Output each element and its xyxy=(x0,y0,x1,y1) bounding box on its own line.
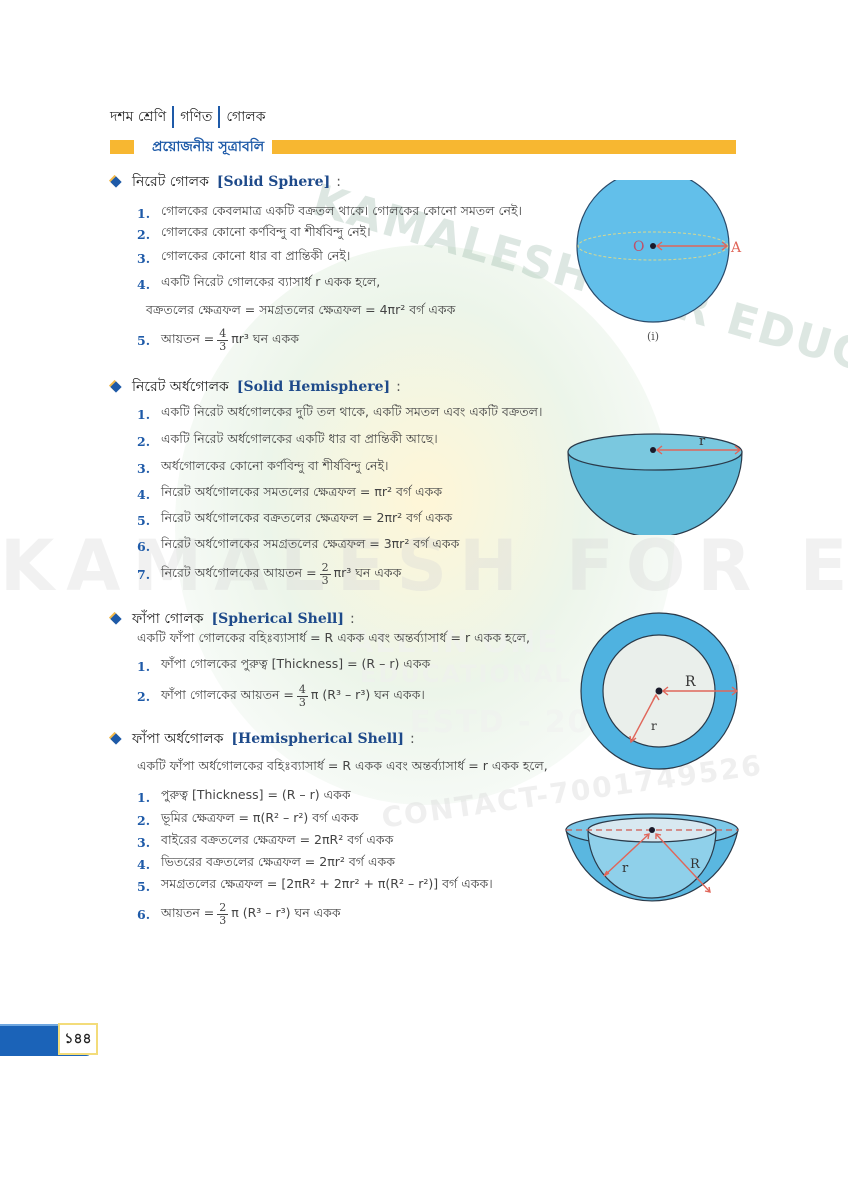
breadcrumb-chapter: গোলক xyxy=(226,105,265,129)
item-continuation: বক্রতলের ক্ষেত্রফল = সমগ্রতলের ক্ষেত্রফল… xyxy=(146,302,455,322)
center-label: O xyxy=(633,239,644,255)
list-item: 5.সমগ্রতলের ক্ষেত্রফল = [2πR² + 2πr² + π… xyxy=(137,876,493,896)
item-text: নিরেট অর্ধগোলকের সমগ্রতলের ক্ষেত্রফল = 3… xyxy=(161,536,459,556)
list-item: 3.অর্ধগোলকের কোনো কর্ণবিন্দু বা শীর্ষবিন… xyxy=(137,458,388,478)
item-number: 3. xyxy=(137,835,153,850)
point-label: A xyxy=(730,240,742,256)
item-text: π (R³ – r³) ঘন একক xyxy=(231,905,340,925)
breadcrumb-class: দশম শ্রেণি xyxy=(110,105,166,129)
outer-radius-label: R xyxy=(685,674,696,690)
heading-en: [Solid Hemisphere] xyxy=(237,379,390,395)
heading-solid-sphere: নিরেট গোলক [Solid Sphere] : xyxy=(112,170,341,194)
item-text: একটি নিরেট অর্ধগোলকের দুটি তল থাকে, একটি… xyxy=(161,404,542,424)
item-number: 2. xyxy=(137,689,153,704)
breadcrumb-separator xyxy=(172,106,174,128)
heading-spherical-shell: ফাঁপা গোলক [Spherical Shell] : xyxy=(112,607,355,631)
item-text: নিরেট অর্ধগোলকের সমতলের ক্ষেত্রফল = πr² … xyxy=(161,484,442,504)
list-item: 1.ফাঁপা গোলকের পুরুত্ব [Thickness] = (R … xyxy=(137,656,430,676)
list-item: 7. নিরেট অর্ধগোলকের আয়তন = 23 πr³ ঘন এক… xyxy=(137,562,401,587)
list-item: 2.একটি নিরেট অর্ধগোলকের একটি ধার বা প্রা… xyxy=(137,431,438,451)
textbook-page: KAMALESH FOR EDUCATION KAMALESH FOR EDUC… xyxy=(0,0,848,1200)
list-item: 1.পুরুত্ব [Thickness] = (R – r) একক xyxy=(137,787,351,807)
item-number: 1. xyxy=(137,790,153,805)
list-item: 1.গোলকের কেবলমাত্র একটি বক্রতল থাকে। গোল… xyxy=(137,203,522,223)
list-item: 4.নিরেট অর্ধগোলকের সমতলের ক্ষেত্রফল = πr… xyxy=(137,484,442,504)
bullet-diamond-icon xyxy=(110,176,121,187)
item-text: ভিতরের বক্রতলের ক্ষেত্রফল = 2πr² বর্গ এক… xyxy=(161,854,395,874)
fraction: 23 xyxy=(320,562,331,587)
item-text: একটি নিরেট গোলকের ব্যাসার্ধ r একক হলে, xyxy=(161,274,380,294)
hemispherical-shell-figure: r R xyxy=(560,810,750,920)
item-text: আয়তন = xyxy=(161,331,214,351)
item-number: 4. xyxy=(137,857,153,872)
colon: : xyxy=(336,174,341,190)
item-text: সমগ্রতলের ক্ষেত্রফল = [2πR² + 2πr² + π(R… xyxy=(161,876,493,896)
item-text: πr³ ঘন একক xyxy=(334,565,402,585)
sphere-figure: O A (i) xyxy=(565,180,765,345)
item-text: গোলকের কোনো ধার বা প্রান্তিকী নেই। xyxy=(161,248,350,268)
item-text: অর্ধগোলকের কোনো কর্ণবিন্দু বা শীর্ষবিন্দ… xyxy=(161,458,388,478)
heading-en: [Hemispherical Shell] xyxy=(231,731,404,747)
item-text: বাইরের বক্রতলের ক্ষেত্রফল = 2πR² বর্গ এক… xyxy=(161,832,393,852)
list-item: 3.বাইরের বক্রতলের ক্ষেত্রফল = 2πR² বর্গ … xyxy=(137,832,393,852)
item-number: 2. xyxy=(137,813,153,828)
item-text: ফাঁপা গোলকের আয়তন = xyxy=(161,687,294,707)
heading-bn: ফাঁপা অর্ধগোলক xyxy=(132,727,223,751)
heading-en: [Solid Sphere] xyxy=(217,174,330,190)
item-text: আয়তন = xyxy=(161,905,214,925)
list-item: 2. ফাঁপা গোলকের আয়তন = 43 π (R³ – r³) ঘ… xyxy=(137,684,425,709)
list-item: 2.ভূমির ক্ষেত্রফল = π(R² – r²) বর্গ একক xyxy=(137,810,358,830)
breadcrumb: দশম শ্রেণি গণিত গোলক xyxy=(110,105,266,129)
list-item: 2.গোলকের কোনো কর্ণবিন্দু বা শীর্ষবিন্দু … xyxy=(137,224,371,244)
item-number: 5. xyxy=(137,879,153,894)
fraction: 43 xyxy=(217,328,228,353)
list-item: 5.নিরেট অর্ধগোলকের বক্রতলের ক্ষেত্রফল = … xyxy=(137,510,452,530)
heading-solid-hemisphere: নিরেট অর্ধগোলক [Solid Hemisphere] : xyxy=(112,375,401,399)
inner-radius-label: r xyxy=(622,861,629,876)
item-number: 2. xyxy=(137,227,153,242)
item-number: 4. xyxy=(137,487,153,502)
denominator: 3 xyxy=(219,341,226,353)
inner-radius-label: r xyxy=(651,719,657,733)
list-item: 6. আয়তন = 23 π (R³ – r³) ঘন একক xyxy=(137,902,341,927)
item-text: গোলকের কেবলমাত্র একটি বক্রতল থাকে। গোলকে… xyxy=(161,203,522,223)
item-number: 2. xyxy=(137,434,153,449)
section-intro: একটি ফাঁপা গোলকের বহিঃব্যাসার্ধ = R একক … xyxy=(137,630,530,650)
list-item: 6.নিরেট অর্ধগোলকের সমগ্রতলের ক্ষেত্রফল =… xyxy=(137,536,459,556)
heading-bn: নিরেট গোলক xyxy=(132,170,209,194)
item-text: পুরুত্ব [Thickness] = (R – r) একক xyxy=(161,787,351,807)
denominator: 3 xyxy=(322,575,329,587)
heading-bn: নিরেট অর্ধগোলক xyxy=(132,375,229,399)
item-text: ভূমির ক্ষেত্রফল = π(R² – r²) বর্গ একক xyxy=(161,810,358,830)
item-number: 6. xyxy=(137,539,153,554)
bullet-diamond-icon xyxy=(110,733,121,744)
item-number: 1. xyxy=(137,659,153,674)
item-number: 5. xyxy=(137,513,153,528)
heading-hemispherical-shell: ফাঁপা অর্ধগোলক [Hemispherical Shell] : xyxy=(112,727,415,751)
hemisphere-figure: r xyxy=(565,420,755,535)
fraction: 43 xyxy=(297,684,308,709)
bullet-diamond-icon xyxy=(110,613,121,624)
colon: : xyxy=(410,731,415,747)
item-number: 1. xyxy=(137,407,153,422)
item-number: 5. xyxy=(137,333,153,348)
item-text: নিরেট অর্ধগোলকের বক্রতলের ক্ষেত্রফল = 2π… xyxy=(161,510,452,530)
item-number: 1. xyxy=(137,206,153,221)
heading-bn: ফাঁপা গোলক xyxy=(132,607,203,631)
item-text: নিরেট অর্ধগোলকের আয়তন = xyxy=(161,565,317,585)
section-rule xyxy=(272,140,736,154)
page-number: ১৪৪ xyxy=(58,1023,98,1055)
outer-radius-label: R xyxy=(690,857,701,872)
item-text: একটি নিরেট অর্ধগোলকের একটি ধার বা প্রান্… xyxy=(161,431,438,451)
spherical-shell-figure: R r xyxy=(575,610,750,785)
fraction: 23 xyxy=(217,902,228,927)
list-item: 4.ভিতরের বক্রতলের ক্ষেত্রফল = 2πr² বর্গ … xyxy=(137,854,395,874)
section-marker xyxy=(110,140,134,154)
denominator: 3 xyxy=(299,697,306,709)
item-text: গোলকের কোনো কর্ণবিন্দু বা শীর্ষবিন্দু নে… xyxy=(161,224,371,244)
item-number: 6. xyxy=(137,907,153,922)
denominator: 3 xyxy=(219,915,226,927)
list-item: 4.একটি নিরেট গোলকের ব্যাসার্ধ r একক হলে, xyxy=(137,274,380,294)
breadcrumb-subject: গণিত xyxy=(180,105,212,129)
breadcrumb-separator xyxy=(218,106,220,128)
colon: : xyxy=(350,611,355,627)
list-item: 1.একটি নিরেট অর্ধগোলকের দুটি তল থাকে, এক… xyxy=(137,404,542,424)
list-item: 3.গোলকের কোনো ধার বা প্রান্তিকী নেই। xyxy=(137,248,350,268)
item-text: π (R³ – r³) ঘন একক। xyxy=(311,687,425,707)
colon: : xyxy=(396,379,401,395)
section-intro: একটি ফাঁপা অর্ধগোলকের বহিঃব্যাসার্ধ = R … xyxy=(137,758,548,778)
item-text: πr³ ঘন একক xyxy=(231,331,299,351)
list-item: 5. আয়তন = 43 πr³ ঘন একক xyxy=(137,328,299,353)
section-header: প্রয়োজনীয় সূত্রাবলি xyxy=(110,139,736,155)
item-number: 4. xyxy=(137,277,153,292)
figure-caption: (i) xyxy=(647,330,659,343)
radius-label: r xyxy=(699,434,706,449)
heading-en: [Spherical Shell] xyxy=(211,611,344,627)
item-number: 3. xyxy=(137,461,153,476)
item-number: 7. xyxy=(137,567,153,582)
item-text: ফাঁপা গোলকের পুরুত্ব [Thickness] = (R – … xyxy=(161,656,430,676)
bullet-diamond-icon xyxy=(110,381,121,392)
item-number: 3. xyxy=(137,251,153,266)
section-title: প্রয়োজনীয় সূত্রাবলি xyxy=(152,135,264,159)
